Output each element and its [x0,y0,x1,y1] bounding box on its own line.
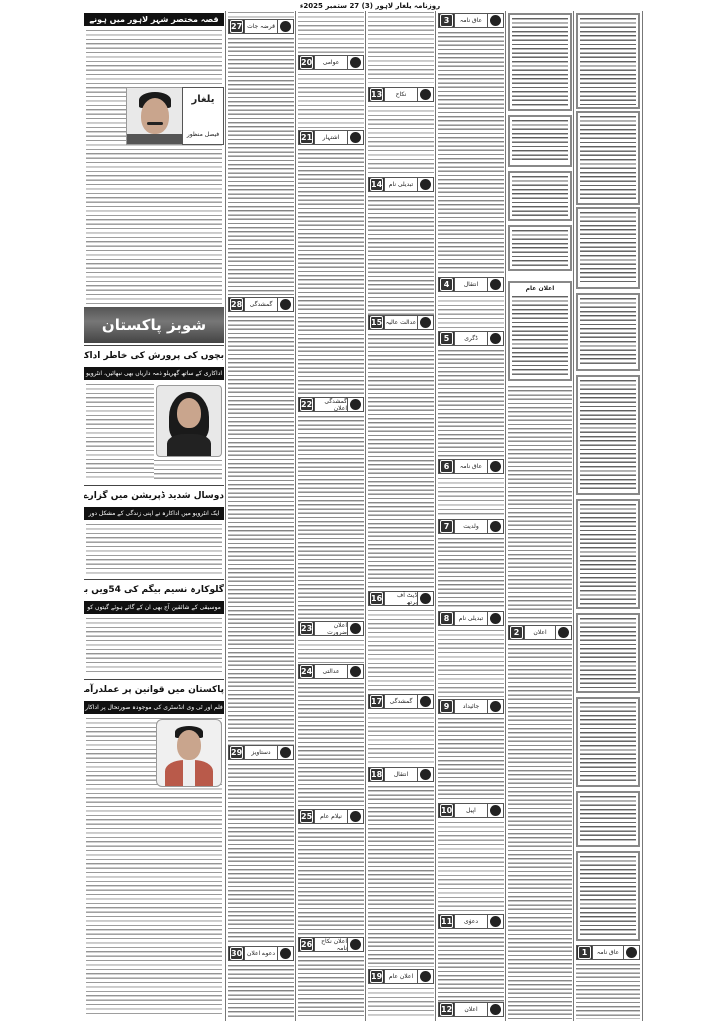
story1-photo [156,385,222,457]
section-number: 27 [230,20,243,33]
section-header: 25 نیلام عام [298,809,364,824]
section-number: 26 [300,938,313,951]
notice-box [576,499,640,609]
story2-subhead: ایک انٹرویو میں اداکارہ نے اپنی زندگی کے… [84,507,224,520]
section-header: 3 عاق نامہ [438,13,504,28]
section-label: گمشدگی [385,695,417,708]
newspaper-logo-icon [350,811,361,822]
notice-box-titled: اعلان عام [508,281,572,381]
newspaper-logo-icon [350,132,361,143]
section-number: 20 [300,56,313,69]
column-a: 27 قرضہ جات 28 گمشدگی 29 دستاویز 30 دعوے… [225,11,296,1021]
story2-body [86,523,222,575]
section-header: 16 ڈیٹ آف برتھ [368,591,434,606]
section-header: 6 عاق نامہ [438,459,504,474]
story1-body [86,383,154,481]
showbiz-banner: شوبز پاکستان [84,307,224,343]
section-label: عدالتی [315,665,347,678]
newspaper-logo-icon [420,769,431,780]
story4-photo [156,719,222,787]
top-story-headline: قصہ مختصر شہر لاہور میں ہونے والی تقریب … [84,13,224,26]
section-label: گمشدگی [245,298,277,311]
section-label: نیلام عام [315,810,347,823]
section-label: عاق نامہ [455,14,487,27]
column-c: 13 نکاح 14 تبدیلی نام 15 عدالت عالیہ 16 … [365,11,436,1021]
section-header: 19 اعلان عام [368,969,434,984]
newspaper-logo-icon [490,279,501,290]
section-header: 30 دعوے اعلان [228,946,294,961]
section-label: ڈگری [455,332,487,345]
notice-box [508,225,572,271]
section-label: تبدیلی نام [455,612,487,625]
notice-box [508,115,572,167]
section-label: دستاویز [245,746,277,759]
newspaper-logo-icon [490,916,501,927]
story3-subhead: موسیقی کے شائقین آج بھی ان کے گائے ہوئے … [84,601,224,614]
section-header: 2 اعلان [508,625,572,640]
story1-subhead: اداکاری کے ساتھ گھریلو ذمہ داریاں بھی نب… [84,367,224,380]
story2-headline: دوسال شدید ڈپریشن میں گزارے، اداکارہ ثمی… [84,489,224,503]
section-number: 7 [440,520,453,533]
section-header: 10 اپیل [438,803,504,818]
column-author: فیصل منظور [183,131,223,138]
masthead: روزنامہ یلغار لاہور (3) 27 ستمبر 2025ء [250,2,490,11]
newspaper-logo-icon [420,971,431,982]
column-b: 20 عوامی 21 اشتہار 22 گمشدگی اعلان 23 اع… [295,11,366,1021]
column-e: اعلان عام 2 اعلان [505,11,574,1021]
feature-column: قصہ مختصر شہر لاہور میں ہونے والی تقریب … [84,11,224,1021]
section-number: 4 [440,278,453,291]
newspaper-logo-icon [626,947,637,958]
section-number: 28 [230,298,243,311]
newspaper-page: قصہ مختصر شہر لاہور میں ہونے والی تقریب … [84,11,716,1021]
newspaper-logo-icon [350,623,361,634]
column-logo-text: یلغار [183,94,223,105]
section-number: 15 [370,316,383,329]
section-header: 20 عوامی [298,55,364,70]
section-label: عوامی [315,56,347,69]
section-number: 9 [440,700,453,713]
notice-box [576,697,640,787]
section-header: 14 تبدیلی نام [368,177,434,192]
section-number: 24 [300,665,313,678]
section-label: دعوٰی [455,915,487,928]
section-header: 13 نکاح [368,87,434,102]
section-header: 9 جائیداد [438,699,504,714]
section-header: 24 عدالتی [298,664,364,679]
newspaper-logo-icon [420,317,431,328]
story1-headline: بچوں کی پرورش کی خاطر اداکاری چھوڑی، فرح… [84,349,224,363]
newspaper-logo-icon [350,57,361,68]
section-number: 23 [300,622,313,635]
section-number: 13 [370,88,383,101]
newspaper-logo-icon [490,461,501,472]
story4-headline: پاکستان میں قوانین پر عملدرآمد نہیں کیا … [84,683,224,697]
section-label: تبدیلی نام [385,178,417,191]
section-header: 5 ڈگری [438,331,504,346]
section-label: عاق نامہ [593,946,623,959]
section-number: 10 [440,804,453,817]
section-header: 26 اعلان نکاح نامہ [298,937,364,952]
section-label: عاق نامہ [455,460,487,473]
section-number: 8 [440,612,453,625]
section-number: 18 [370,768,383,781]
section-header: 7 ولدیت [438,519,504,534]
section-number: 11 [440,915,453,928]
section-label: عدالت عالیہ [385,316,417,329]
story3-headline: گلوکارہ نسیم بیگم کی 54ویں برسی 29 ستمبر… [84,583,224,597]
column-d: 3 عاق نامہ 4 انتقال 5 ڈگری 6 عاق نامہ 7 … [435,11,506,1021]
notice-box [508,171,572,221]
newspaper-logo-icon [490,333,501,344]
section-header: 1 عاق نامہ [576,945,640,960]
notice-box [576,613,640,693]
story4-subhead: فلم اور ٹی وی انڈسٹری کی موجودہ صورتحال … [84,701,224,714]
column-f: 1 عاق نامہ [573,11,643,1021]
newspaper-logo-icon [280,747,291,758]
notice-box [576,13,640,109]
section-label: اپیل [455,804,487,817]
notice-box [576,293,640,371]
section-number: 12 [440,1003,453,1016]
section-label: اشتہار [315,131,347,144]
section-header: 28 گمشدگی [228,297,294,312]
section-number: 5 [440,332,453,345]
section-label: قرضہ جات [245,20,277,33]
section-header: 27 قرضہ جات [228,19,294,34]
section-number: 21 [300,131,313,144]
section-number: 19 [370,970,383,983]
section-label: اعلان [525,626,555,639]
notice-box [508,13,572,111]
section-number: 17 [370,695,383,708]
notice-box [576,375,640,495]
section-header: 22 گمشدگی اعلان [298,397,364,412]
newspaper-logo-icon [280,299,291,310]
newspaper-logo-icon [350,939,361,950]
newspaper-logo-icon [490,521,501,532]
section-label: جائیداد [455,700,487,713]
section-label: اعلان نکاح نامہ [315,938,347,951]
newspaper-logo-icon [280,948,291,959]
section-number: 30 [230,947,243,960]
section-number: 2 [510,626,523,639]
section-number: 29 [230,746,243,759]
section-number: 14 [370,178,383,191]
section-header: 15 عدالت عالیہ [368,315,434,330]
newspaper-logo-icon [490,613,501,624]
newspaper-logo-icon [280,21,291,32]
section-label: دعوے اعلان [245,947,277,960]
section-label: انتقال [385,768,417,781]
newspaper-logo-icon [558,627,569,638]
section-header: 12 اعلان [438,1002,504,1017]
top-story-body [86,29,222,304]
section-header: 4 انتقال [438,277,504,292]
notice-box [576,791,640,847]
section-label: گمشدگی اعلان [315,398,347,411]
section-number: 3 [440,14,453,27]
section-label: انتقال [455,278,487,291]
notice-title: اعلان عام [510,285,570,292]
section-label: نکاح [385,88,417,101]
section-header: 29 دستاویز [228,745,294,760]
section-label: اعلان [455,1003,487,1016]
newspaper-logo-icon [420,179,431,190]
section-number: 1 [578,946,591,959]
section-number: 22 [300,398,313,411]
columnist-photo [126,87,184,145]
section-header: 21 اشتہار [298,130,364,145]
newspaper-logo-icon [490,1004,501,1015]
newspaper-logo-icon [490,805,501,816]
section-header: 18 انتقال [368,767,434,782]
newspaper-logo-icon [490,15,501,26]
notice-box [576,111,640,205]
newspaper-logo-icon [420,593,431,604]
column-logo: یلغار فیصل منظور [182,87,224,145]
section-header: 11 دعوٰی [438,914,504,929]
newspaper-logo-icon [420,696,431,707]
section-header: 17 گمشدگی [368,694,434,709]
section-label: اعلان ضرورت [315,622,347,635]
section-number: 16 [370,592,383,605]
section-label: اعلان عام [385,970,417,983]
section-header: 23 اعلان ضرورت [298,621,364,636]
newspaper-logo-icon [490,701,501,712]
section-label: ڈیٹ آف برتھ [385,592,417,605]
story3-body [86,617,222,675]
newspaper-logo-icon [420,89,431,100]
section-number: 6 [440,460,453,473]
newspaper-logo-icon [350,399,361,410]
newspaper-logo-icon [350,666,361,677]
notice-box [576,207,640,289]
section-number: 25 [300,810,313,823]
notice-box [576,851,640,941]
section-label: ولدیت [455,520,487,533]
section-header: 8 تبدیلی نام [438,611,504,626]
story1-body-2 [154,459,222,481]
